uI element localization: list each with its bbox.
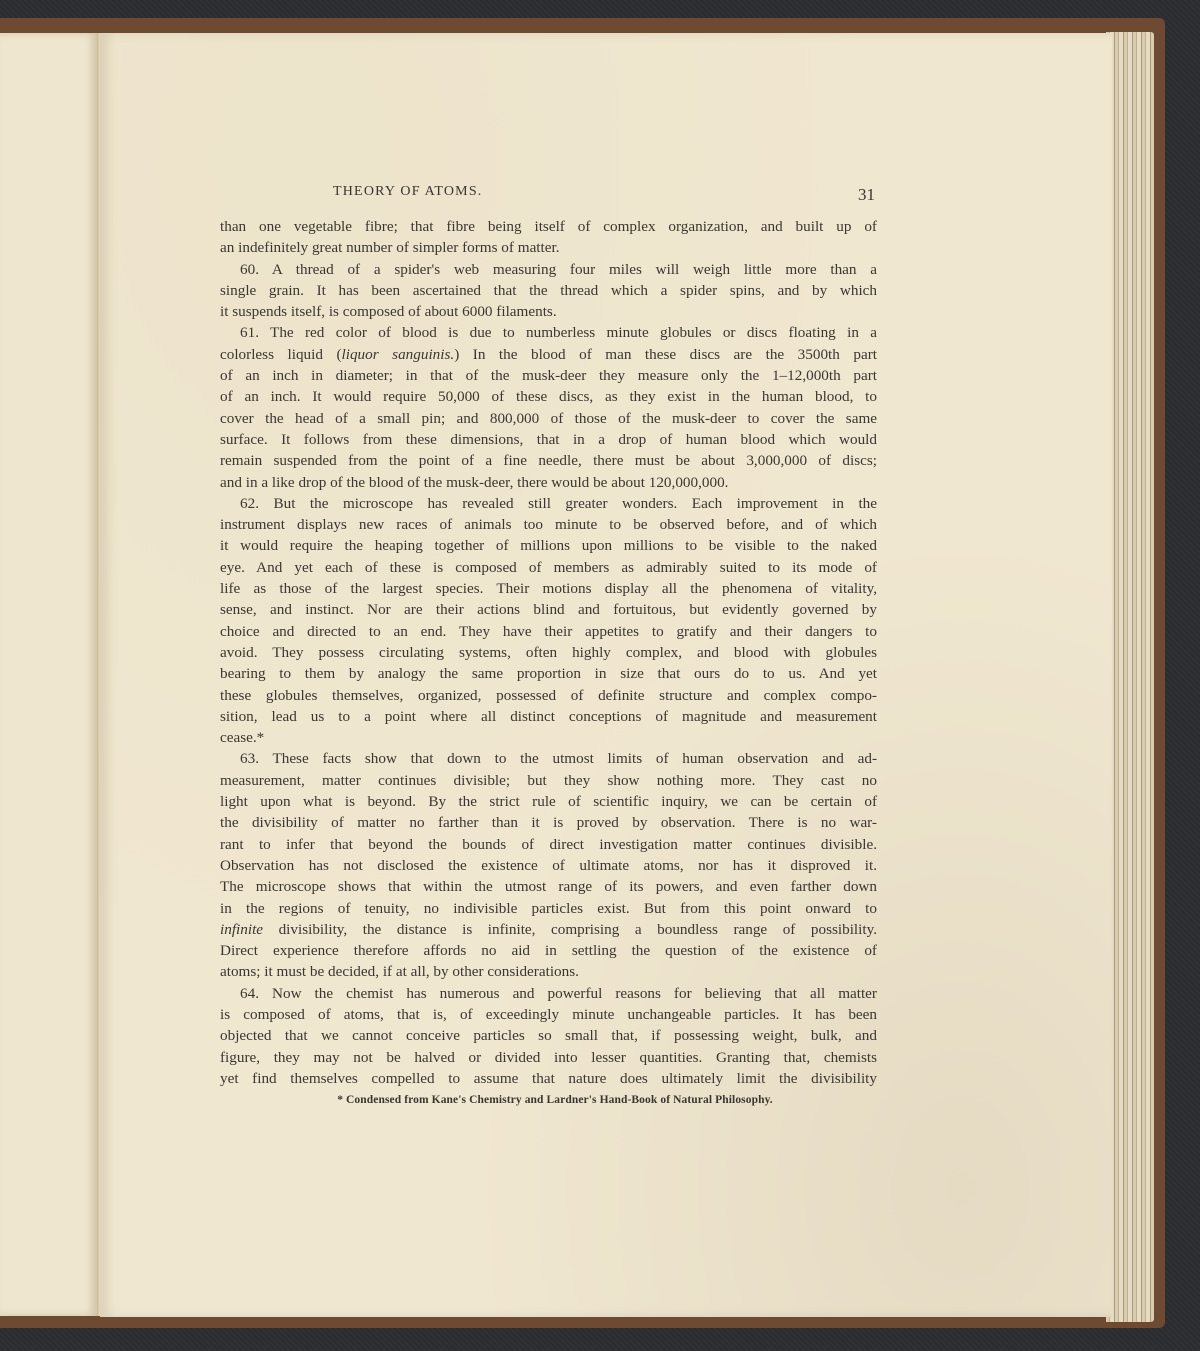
- left-page-edge: [0, 33, 98, 1316]
- running-title: THEORY OF ATOMS.: [333, 184, 483, 200]
- body-text: than one vegetable fibre; that fibre bei…: [220, 216, 877, 1089]
- paragraph-64: 64. Now the chemist has numerous and pow…: [220, 983, 877, 1089]
- text-line: choice and directed to an end. They have…: [220, 621, 877, 642]
- text-line: rant to infer that beyond the bounds of …: [220, 834, 877, 855]
- text-line: these globules themselves, organized, po…: [220, 685, 877, 706]
- book-gutter: [97, 33, 100, 1316]
- text-line: eye. And yet each of these is composed o…: [220, 557, 877, 578]
- text-line: single grain. It has been ascertained th…: [220, 280, 877, 301]
- text-line: sense, and instinct. Nor are their actio…: [220, 599, 877, 620]
- text-line: and in a like drop of the blood of the m…: [220, 472, 877, 493]
- italic-phrase: infinite: [220, 921, 263, 938]
- paragraph-61: 61. The red color of blood is due to num…: [220, 322, 877, 492]
- text-line: remain suspended from the point of a fin…: [220, 450, 877, 471]
- text-line: 63. These facts show that down to the ut…: [220, 748, 877, 769]
- text-line: avoid. They possess circulating systems,…: [220, 642, 877, 663]
- text-line: Direct experience therefore affords no a…: [220, 940, 877, 961]
- text-line: it would require the heaping together of…: [220, 535, 877, 556]
- text-line: colorless liquid (liquor sanguinis.) In …: [220, 344, 877, 365]
- text-line: surface. It follows from these dimension…: [220, 429, 877, 450]
- text-line: The microscope shows that within the utm…: [220, 876, 877, 897]
- paragraph-62: 62. But the microscope has revealed stil…: [220, 493, 877, 749]
- text-line: in the regions of tenuity, no indivisibl…: [220, 898, 877, 919]
- text-line: light upon what is beyond. By the strict…: [220, 791, 877, 812]
- footnote: * Condensed from Kane's Chemistry and La…: [330, 1094, 780, 1106]
- text-line: 60. A thread of a spider's web measuring…: [220, 259, 877, 280]
- text-line: cover the head of a small pin; and 800,0…: [220, 408, 877, 429]
- text-line: the divisibility of matter no farther th…: [220, 812, 877, 833]
- text-line: infinite divisibility, the distance is i…: [220, 919, 877, 940]
- text-line: atoms; it must be decided, if at all, by…: [220, 961, 877, 982]
- running-head: THEORY OF ATOMS. 31: [100, 184, 880, 206]
- text-line: of an inch in diameter; in that of the m…: [220, 365, 877, 386]
- text-line: Observation has not disclosed the existe…: [220, 855, 877, 876]
- text-line: than one vegetable fibre; that fibre bei…: [220, 216, 877, 237]
- text-line: sition, lead us to a point where all dis…: [220, 706, 877, 727]
- text-line: is composed of atoms, that is, of exceed…: [220, 1004, 877, 1025]
- paragraph-60: 60. A thread of a spider's web measuring…: [220, 259, 877, 323]
- text-line: figure, they may not be halved or divide…: [220, 1047, 877, 1068]
- text-line: 64. Now the chemist has numerous and pow…: [220, 983, 877, 1004]
- paragraph-63: 63. These facts show that down to the ut…: [220, 748, 877, 982]
- text-line: cease.*: [220, 727, 877, 748]
- text-line: of an inch. It would require 50,000 of t…: [220, 386, 877, 407]
- text-line: life as those of the largest species. Th…: [220, 578, 877, 599]
- paragraph-continued: than one vegetable fibre; that fibre bei…: [220, 216, 877, 259]
- text-line: 61. The red color of blood is due to num…: [220, 322, 877, 343]
- text-line: measurement, matter continues divisible;…: [220, 770, 877, 791]
- page-stack-edges: [1106, 32, 1154, 1322]
- text-line: it suspends itself, is composed of about…: [220, 301, 877, 322]
- page-number: 31: [858, 185, 875, 205]
- italic-phrase: liquor sanguinis.: [342, 346, 455, 363]
- text-line: 62. But the microscope has revealed stil…: [220, 493, 877, 514]
- text-line: an indefinitely great number of simpler …: [220, 237, 877, 258]
- text-line: bearing to them by analogy the same prop…: [220, 663, 877, 684]
- text-line: yet find themselves compelled to assume …: [220, 1068, 877, 1089]
- text-line: instrument displays new races of animals…: [220, 514, 877, 535]
- text-line: objected that we cannot conceive particl…: [220, 1025, 877, 1046]
